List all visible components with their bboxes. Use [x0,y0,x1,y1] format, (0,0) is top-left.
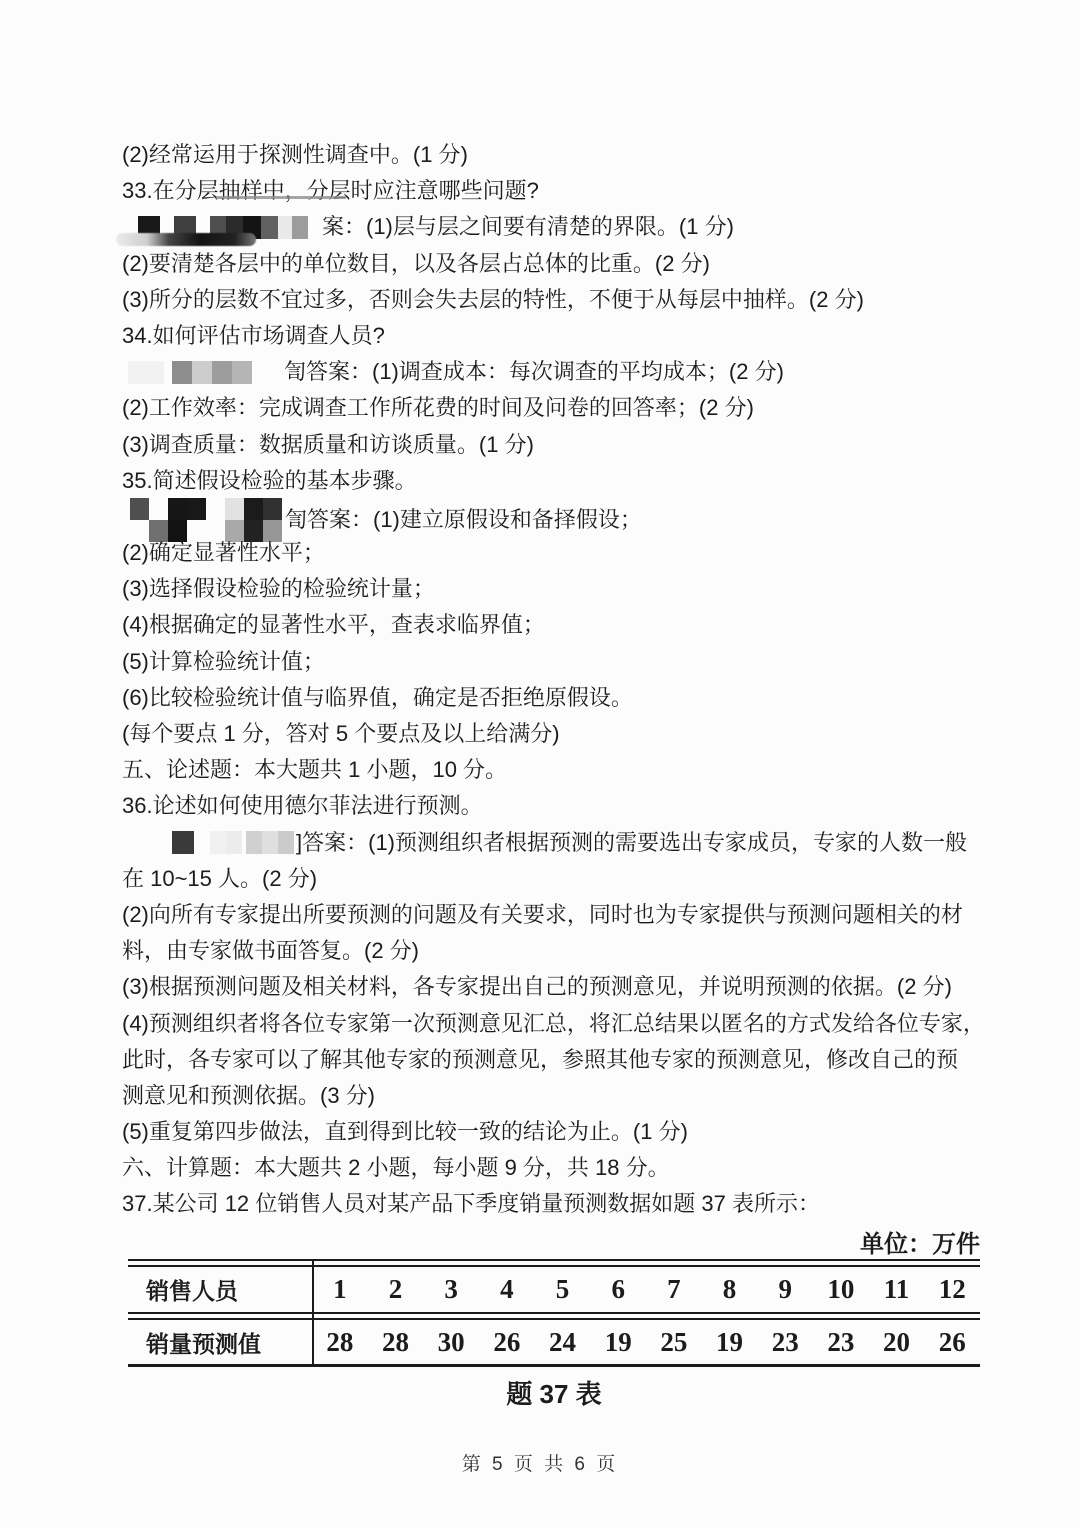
answer-point: (6)比较检验统计值与临界值，确定是否拒绝原假设。 [122,679,968,715]
answer-point: (4)预测组织者将各位专家第一次预测意见汇总，将汇总结果以匿名的方式发给各位专家… [122,1005,968,1041]
table-cell: 19 [590,1327,646,1358]
answer-point: (2)向所有专家提出所要预测的问题及有关要求，同时也为专家提供与预测问题相关的材 [122,896,968,932]
table-37: 销售人员 123456789101112 销量预测值 2828302624192… [128,1259,980,1367]
question-37: 37.某公司 12 位销售人员对某产品下季度销量预测数据如题 37 表所示： [122,1185,968,1221]
section-heading-5: 五、论述题：本大题共 1 小题，10 分。 [122,751,968,787]
answer-line-35: 訇答案：(1)建立原假设和备择假设； [122,498,968,534]
table-row: 销量预测值 282830262419251923232026 [128,1320,980,1364]
table-cell: 2 [368,1274,424,1305]
answer-line-34: 訇答案：(1)调查成本：每次调查的平均成本；(2 分) [122,353,968,389]
table-cell: 28 [312,1327,368,1358]
answer-point: (2)经常运用于探测性调查中。(1 分) [122,136,968,172]
table-cell: 11 [869,1274,925,1305]
redaction-square [128,361,164,384]
redaction-mosaic [172,831,294,854]
table-cell: 23 [757,1327,813,1358]
redaction-square [246,831,262,854]
redaction-square [212,361,232,384]
redaction-square [263,498,282,520]
table-cell: 5 [535,1274,591,1305]
answer-point: 料，由专家做书面答复。(2 分) [122,932,968,968]
table-cell: 25 [646,1327,702,1358]
table-cell: 28 [368,1327,424,1358]
table-cell: 26 [479,1327,535,1358]
table-cell: 1 [312,1274,368,1305]
answer-point: (3)调查质量：数据质量和访谈质量。(1 分) [122,426,968,462]
row-cells: 282830262419251923232026 [312,1320,980,1364]
table-cell: 4 [479,1274,535,1305]
redaction-square [292,216,308,239]
redaction-square [130,498,149,520]
redaction-square [192,361,212,384]
redaction-square [194,831,210,854]
page-number: 第 5 页 共 6 页 [0,1452,1080,1478]
answer-point: (2)要清楚各层中的单位数目，以及各层占总体的比重。(2 分) [122,245,968,281]
table-row: 销售人员 123456789101112 [128,1267,980,1312]
answer-point: 此时，各专家可以了解其他专家的预测意见，参照其他专家的预测意见，修改自己的预 [122,1041,968,1077]
redaction-square [232,361,252,384]
section-heading-6: 六、计算题：本大题共 2 小题，每小题 9 分，共 18 分。 [122,1149,968,1185]
table-cell: 20 [869,1327,925,1358]
table-caption: 题 37 表 [128,1380,980,1408]
redaction-square [278,831,294,854]
row-cells: 123456789101112 [312,1267,980,1312]
scan-artifact-line [216,196,346,199]
redaction-square [172,361,192,384]
redaction-square [226,831,242,854]
table-cell: 19 [702,1327,758,1358]
question-33: 33.在分层抽样中，分层时应注意哪些问题? [122,172,968,208]
redaction-mosaic [128,361,252,384]
question-36: 36.论述如何使用德尔菲法进行预测。 [122,787,968,823]
exam-answer-page: (2)经常运用于探测性调查中。(1 分) 33.在分层抽样中，分层时应注意哪些问… [0,0,1080,1527]
document-body: (2)经常运用于探测性调查中。(1 分) 33.在分层抽样中，分层时应注意哪些问… [122,136,968,1222]
table-cell: 30 [423,1327,479,1358]
table-cell: 26 [924,1327,980,1358]
redaction-square [261,216,278,239]
answer-point: (3)所分的层数不宜过多，否则会失去层的特性，不便于从每层中抽样。(2 分) [122,281,968,317]
question-35: 35.简述假设检验的基本步骤。 [122,462,968,498]
answer-point: (3)根据预测问题及相关材料，各专家提出自己的预测意见，并说明预测的依据。(2 … [122,968,968,1004]
redaction-square [172,831,194,854]
answer-point: (2)工作效率：完成调查工作所花费的时间及问卷的回答率；(2 分) [122,389,968,425]
answer-point: (5)计算检验统计值； [122,643,968,679]
redaction-square [187,498,206,520]
redaction-square [278,216,292,239]
table-cell: 7 [646,1274,702,1305]
redaction-square [262,831,278,854]
table-cell: 8 [702,1274,758,1305]
table-cell: 9 [757,1274,813,1305]
table-mid-rule [128,1312,980,1320]
scoring-note: (每个要点 1 分，答对 5 个要点及以上给满分) [122,715,968,751]
redaction-square [164,361,172,384]
redaction-square [149,498,168,520]
table-cell: 3 [423,1274,479,1305]
row-header: 销量预测值 [128,1320,312,1364]
redaction-square [244,498,263,520]
answer-point: 测意见和预测依据。(3 分) [122,1077,968,1113]
table-unit-label: 单位：万件 [128,1230,980,1260]
table-bottom-rule [128,1364,980,1367]
table-cell: 12 [924,1274,980,1305]
answer-point: 在 10~15 人。(2 分) [122,860,968,896]
redaction-square [206,498,225,520]
redaction-square [210,831,226,854]
table-cell: 23 [813,1327,869,1358]
table-cell: 6 [590,1274,646,1305]
answer-line-33: 案：(1)层与层之间要有清楚的界限。(1 分) [122,208,968,244]
redaction-square [225,498,244,520]
table-cell: 10 [813,1274,869,1305]
question-34: 34.如何评估市场调查人员? [122,317,968,353]
table-column-divider [312,1259,314,1367]
answer-point: (5)重复第四步做法，直到得到比较一致的结论为止。(1 分) [122,1113,968,1149]
answer-point: (2)确定显著性水平； [122,534,968,570]
answer-point: (4)根据确定的显著性水平，查表求临界值； [122,606,968,642]
answer-point: (3)选择假设检验的检验统计量； [122,570,968,606]
table-top-rule [128,1259,980,1267]
redaction-square [168,498,187,520]
row-header: 销售人员 [128,1267,312,1312]
answer-line-36: ]答案：(1)预测组织者根据预测的需要选出专家成员，专家的人数一般 [122,824,968,860]
table-cell: 24 [535,1327,591,1358]
